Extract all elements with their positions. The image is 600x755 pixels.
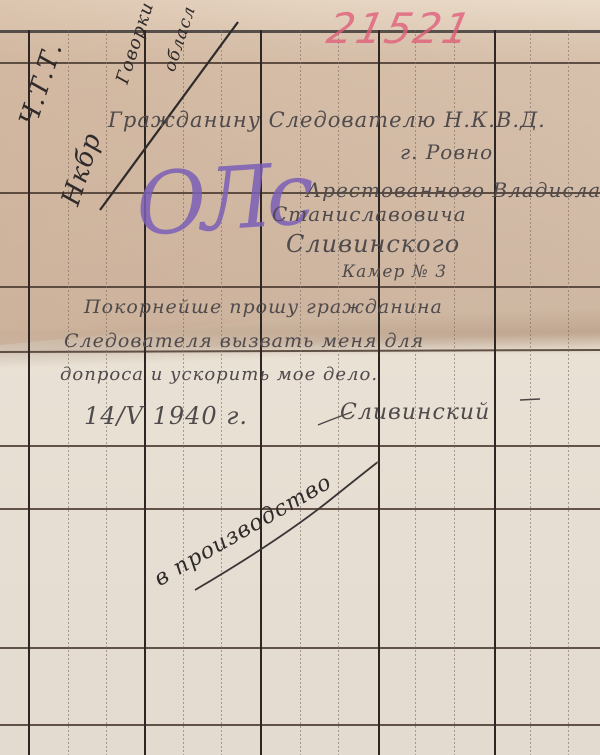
addressee-line-2: г. Ровно [400, 140, 493, 164]
date: 14/V 1940 г. [84, 402, 248, 430]
body-line-1: Покорнейше прошу гражданина [84, 296, 443, 318]
signature: Сливинский [340, 400, 490, 425]
sender-line-4: Камер № 3 [342, 262, 447, 282]
body-line-2: Следователя вызвать меня для [64, 330, 424, 352]
sender-line-2: Станиславовича [272, 202, 467, 226]
sender-line-1: Арестованного Владислав [306, 178, 600, 202]
addressee-line-1: Гражданину Следователю Н.К.В.Д. [108, 108, 546, 132]
document-photo: 21521 Ч.Т.Т. Нкбр Говорки обласл Граждан… [0, 0, 600, 755]
body-line-3: допроса и ускорить мое дело. [60, 364, 378, 385]
visa-initials: ОЛс [133, 144, 312, 256]
sender-line-3: Сливинского [286, 230, 460, 258]
